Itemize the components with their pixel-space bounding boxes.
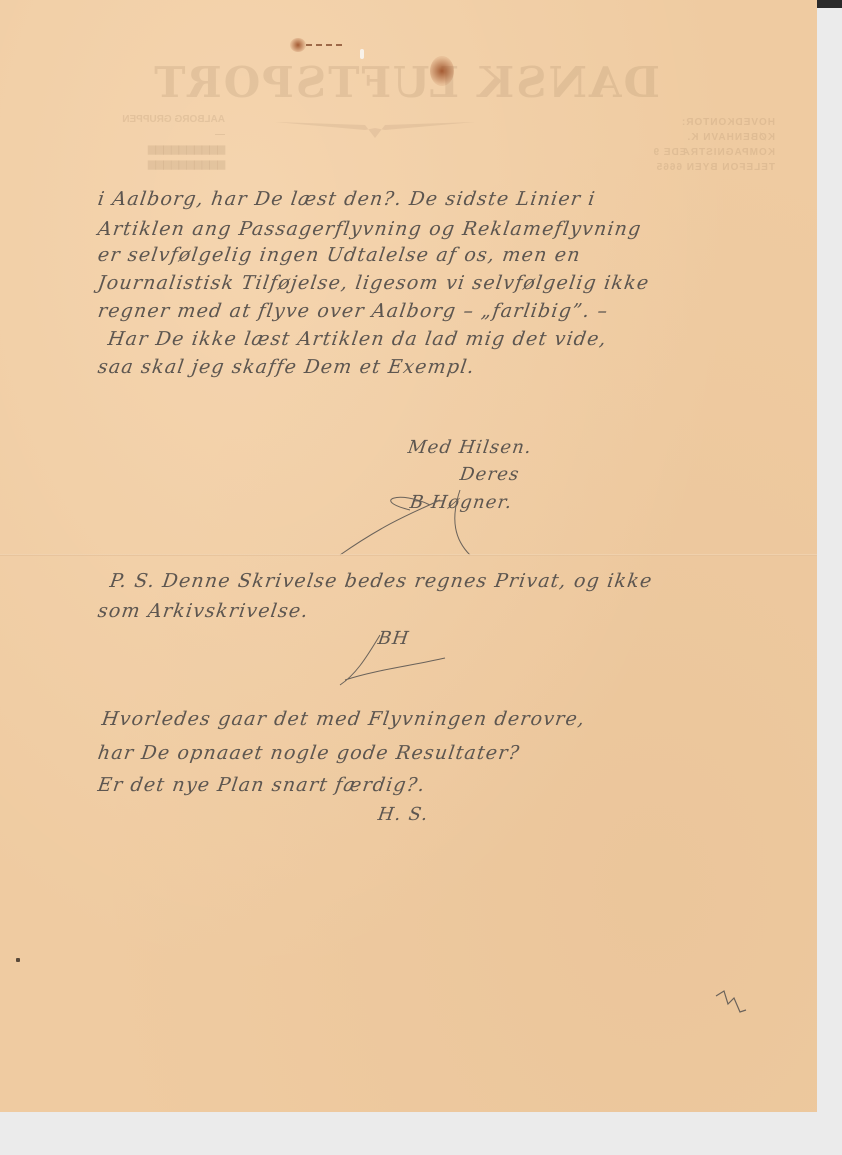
body-line: saa skal jeg skaffe Dem et Exempl.: [96, 356, 476, 378]
paper-tear: [360, 49, 364, 59]
staple-mark: [306, 44, 342, 49]
letterhead-right-line: HOVEDKONTOR:: [625, 115, 775, 130]
letterhead-left-line: ▆▆▆▆▆▆▆▆▆▆: [105, 142, 225, 157]
letterhead-left-line: ▆▆▆▆▆▆▆▆▆▆: [105, 157, 225, 172]
postscript2-line: har De opnaaet nogle gode Resultater?: [96, 742, 521, 764]
speck: [16, 958, 20, 962]
letterhead-right-block-showthrough: HOVEDKONTOR: KØBENHAVN K. KOMPAGNISTRÆDE…: [625, 115, 775, 175]
signature-flourish: [330, 480, 530, 560]
letterhead-left-line: AALBORG GRUPPEN: [105, 112, 225, 127]
rust-stain: [290, 38, 306, 52]
letter-page: DANSK LUFTSPORT AALBORG GRUPPEN — ▆▆▆▆▆▆…: [0, 0, 817, 1112]
postscript-line: som Arkivskrivelse.: [96, 600, 310, 622]
postscript2-line: Hvorledes gaar det med Flyvningen derovr…: [100, 708, 586, 730]
rust-stain: [430, 56, 454, 86]
closing-salutation: Med Hilsen.: [407, 437, 534, 458]
postscript-line: P. S. Denne Skrivelse bedes regnes Priva…: [108, 570, 654, 592]
letterhead-wings-logo-showthrough: [275, 118, 475, 138]
letterhead-right-line: TELEFON BYEN 6665: [625, 160, 775, 175]
initials-flourish: [335, 630, 455, 690]
letterhead-left-block-showthrough: AALBORG GRUPPEN — ▆▆▆▆▆▆▆▆▆▆ ▆▆▆▆▆▆▆▆▆▆: [105, 112, 225, 172]
margin-pencil-mark: [714, 988, 754, 1020]
body-line: regner med at flyve over Aalborg – „farl…: [96, 300, 609, 322]
paper-fold-line: [0, 554, 817, 556]
letterhead-left-line: —: [105, 127, 225, 142]
postscript2-line: Er det nye Plan snart færdig?.: [96, 774, 427, 796]
body-line: Har De ikke læst Artiklen da lad mig det…: [106, 328, 608, 350]
postscript2-initials: H. S.: [377, 804, 431, 825]
letterhead-right-line: KØBENHAVN K.: [625, 130, 775, 145]
body-line: Artiklen ang Passagerflyvning og Reklame…: [96, 218, 643, 240]
letterhead-right-line: KOMPAGNISTRÆDE 9: [625, 145, 775, 160]
letterhead-title-showthrough: DANSK LUFTSPORT: [165, 58, 660, 107]
body-line: er selvfølgelig ingen Udtalelse af os, m…: [96, 244, 582, 266]
body-line: Journalistisk Tilføjelse, ligesom vi sel…: [96, 272, 650, 294]
body-line: i Aalborg, har De læst den?. De sidste L…: [96, 188, 597, 210]
